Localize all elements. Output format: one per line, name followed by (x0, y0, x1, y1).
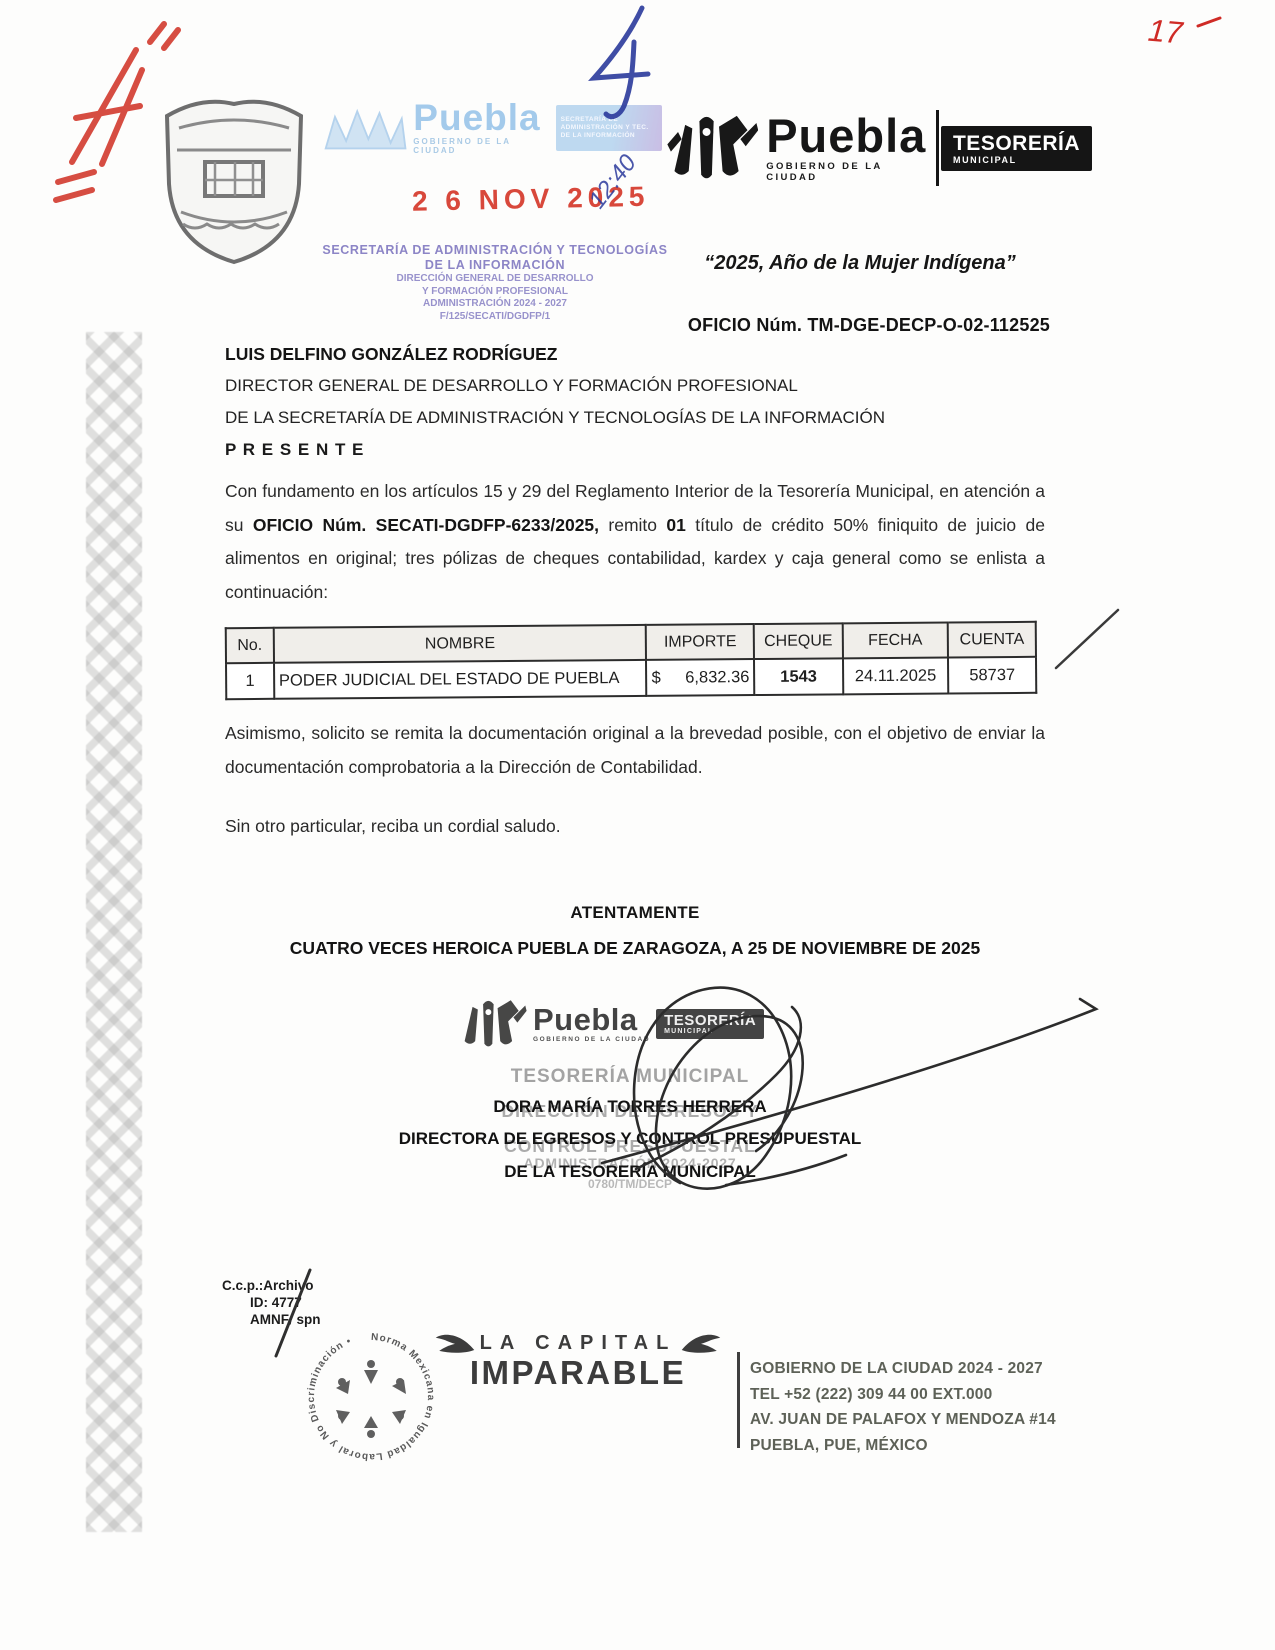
col-cheque: CHEQUE (754, 623, 843, 659)
purple-stamp-line: DE LA INFORMACIÓN (305, 258, 685, 273)
blue-stamp-brand-sub: GOBIERNO DE LA CIUDAD (413, 137, 547, 155)
header-divider (936, 110, 939, 186)
footer-address-line: TEL +52 (222) 309 44 00 EXT.000 (750, 1382, 1090, 1408)
capital-imparable-logo: LA CAPITAL IMPARABLE (428, 1330, 728, 1390)
purple-stamp-line: DIRECCIÓN GENERAL DE DESARROLLO (305, 273, 685, 286)
footer-address-line: AV. JUAN DE PALAFOX Y MENDOZA #14 (750, 1407, 1090, 1433)
header-brand-name: Puebla (766, 113, 926, 159)
municipal-crest-icon (153, 92, 315, 270)
right-wing-icon (680, 1330, 722, 1356)
payments-table: No. NOMBRE IMPORTE CHEQUE FECHA CUENTA 1… (225, 621, 1038, 700)
red-folio-number: 17 (1146, 13, 1183, 52)
body-paragraph-3: Sin otro particular, reciba un cordial s… (225, 810, 1045, 844)
cell-fecha: 24.11.2025 (843, 658, 949, 695)
blue-crown-icon (322, 102, 407, 154)
capital-line2: IMPARABLE (428, 1356, 728, 1390)
received-stamp-purple-text: SECRETARÍA DE ADMINISTRACIÓN Y TECNOLOGÍ… (305, 243, 685, 323)
cell-importe: $ 6,832.36 (646, 659, 754, 696)
capital-line1: LA CAPITAL (480, 1332, 677, 1355)
header-dept-box: TESORERÍA MUNICIPAL (941, 126, 1092, 171)
addressee-title: DIRECTOR GENERAL DE DESARROLLO Y FORMACI… (225, 370, 885, 402)
puebla-talavera-icon (455, 995, 527, 1053)
p1-count: 01 (666, 515, 685, 535)
currency-symbol: $ (652, 668, 661, 687)
purple-stamp-line: ADMINISTRACIÓN 2024 - 2027 (305, 298, 685, 311)
purple-stamp-line: Y FORMACIÓN PROFESIONAL (305, 286, 685, 299)
puebla-talavera-icon (662, 104, 758, 192)
footer-address-line: GOBIERNO DE LA CIUDAD 2024 - 2027 (750, 1356, 1090, 1382)
cell-cheque: 1543 (754, 658, 843, 695)
col-fecha: FECHA (842, 623, 948, 659)
col-cuenta: CUENTA (948, 622, 1036, 658)
body-paragraph-2: Asimismo, solicito se remita la document… (225, 717, 1045, 784)
decorative-lace-border (86, 332, 142, 1532)
addressee-dept: DE LA SECRETARÍA DE ADMINISTRACIÓN Y TEC… (225, 402, 885, 434)
header-brand: Puebla GOBIERNO DE LA CIUDAD TESORERÍA M… (662, 104, 1092, 192)
addressee-block: LUIS DELFINO GONZÁLEZ RODRÍGUEZ DIRECTOR… (225, 338, 885, 466)
header-dept-sub: MUNICIPAL (953, 155, 1080, 165)
year-motto: “2025, Año de la Mujer Indígena” (645, 252, 1075, 275)
pen-tick-icon (1052, 606, 1122, 672)
seal-text: Norma Mexicana en Igualdad Laboral y No … (306, 1332, 436, 1462)
table-row: 1 PODER JUDICIAL DEL ESTADO DE PUEBLA $ … (226, 657, 1036, 699)
addressee-name: LUIS DELFINO GONZÁLEZ RODRÍGUEZ (225, 338, 885, 370)
scanned-oficio-page: Puebla GOBIERNO DE LA CIUDAD SECRETARÍA … (0, 0, 1275, 1650)
footer-address-block: GOBIERNO DE LA CIUDAD 2024 - 2027 TEL +5… (750, 1356, 1090, 1458)
importe-value: 6,832.36 (685, 668, 749, 688)
cell-nombre: PODER JUDICIAL DEL ESTADO DE PUEBLA (274, 660, 647, 699)
svg-text:Norma Mexicana en Igualdad Lab: Norma Mexicana en Igualdad Laboral y No … (306, 1332, 436, 1462)
p1-oficio-ref: OFICIO Núm. SECATI-DGDFP-6233/2025, (253, 515, 599, 535)
col-no: No. (226, 628, 274, 663)
cell-no: 1 (226, 663, 274, 699)
addressee-presente: P R E S E N T E (225, 434, 885, 466)
body-paragraph-1: Con fundamento en los artículos 15 y 29 … (225, 475, 1045, 609)
oficio-number: OFICIO Núm. TM-DGE-DECP-O-02-112525 (580, 315, 1050, 336)
footer-address-line: PUEBLA, PUE, MÉXICO (750, 1433, 1090, 1459)
header-dept-main: TESORERÍA (953, 133, 1080, 154)
blue-stamp-side-line: DE LA INFORMACIÓN (561, 132, 657, 140)
signature-scribble-icon (540, 955, 1120, 1205)
p1-text: remito (599, 515, 666, 535)
equality-certification-seal-icon: Norma Mexicana en Igualdad Laboral y No … (296, 1322, 446, 1472)
left-wing-icon (434, 1330, 476, 1356)
red-folio-tick-icon (1196, 16, 1222, 28)
purple-stamp-line: SECRETARÍA DE ADMINISTRACIÓN Y TECNOLOGÍ… (305, 243, 685, 258)
cell-cuenta: 58737 (948, 657, 1036, 694)
col-importe: IMPORTE (646, 624, 754, 660)
col-nombre: NOMBRE (274, 625, 647, 663)
atentamente-line: ATENTAMENTE (180, 903, 1090, 923)
received-date-stamp: 2 6 NOV 2025 (412, 180, 673, 217)
blue-stamp-brand: Puebla (413, 100, 547, 136)
footer-divider (737, 1352, 740, 1448)
header-brand-sub: GOBIERNO DE LA CIUDAD (766, 161, 926, 183)
